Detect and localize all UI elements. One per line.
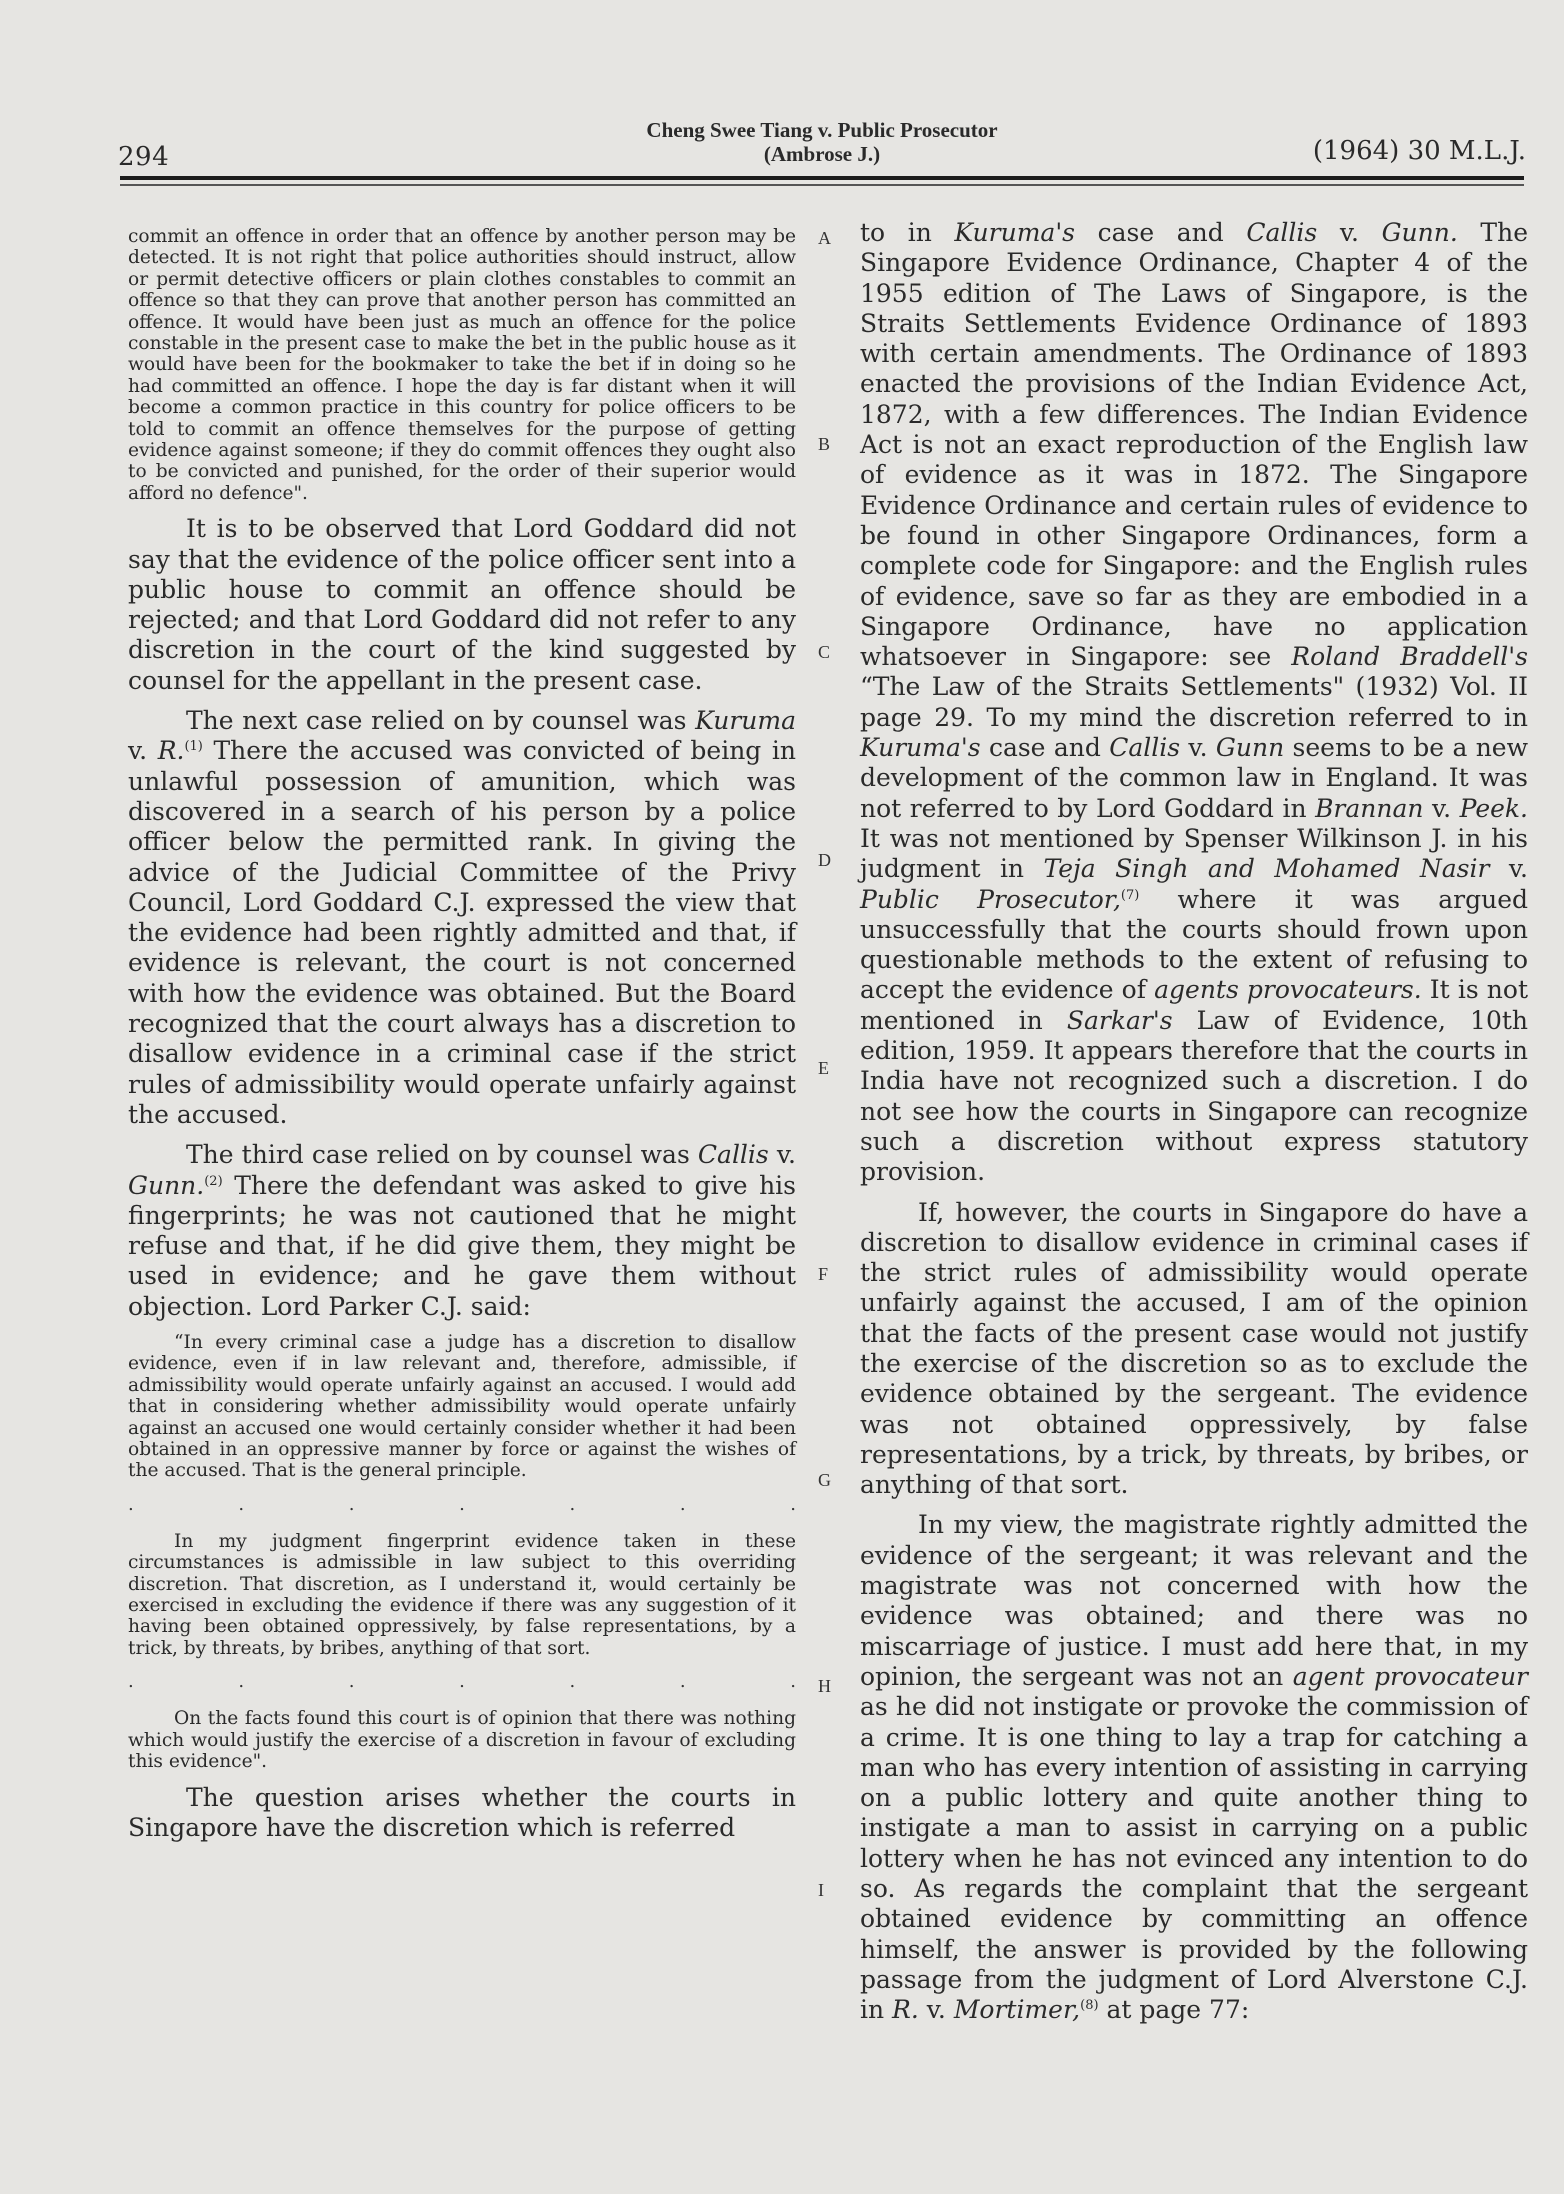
right-column: to in Kuruma's case and Callis v. Gunn. …	[860, 218, 1528, 2026]
margin-letter-c: C	[818, 642, 830, 663]
margin-letter-g: G	[818, 1470, 831, 1491]
quote-continuation: commit an offence in order that an offen…	[128, 226, 796, 504]
header-rule-thin	[120, 184, 1524, 186]
header-rule-thick	[120, 176, 1524, 180]
left-column: commit an offence in order that an offen…	[128, 226, 796, 1843]
block-quote-parker-2: In my judgment fingerprint evidence take…	[128, 1531, 796, 1659]
paragraph-magistrate-view: In my view, the magistrate rightly admit…	[860, 1510, 1528, 2025]
margin-letter-f: F	[818, 1264, 828, 1285]
margin-letter-i: I	[818, 1880, 824, 1901]
case-name: Gunn.	[128, 1171, 204, 1200]
journal-citation: (1964) 30 M.L.J.	[1313, 136, 1526, 166]
paragraph-goddard: It is to be observed that Lord Goddard d…	[128, 514, 796, 696]
margin-letter-a: A	[818, 228, 831, 249]
paragraph-kuruma: The next case relied on by counsel was K…	[128, 706, 796, 1130]
running-header: 294 Cheng Swee Tiang v. Public Prosecuto…	[118, 112, 1526, 182]
case-name: Callis	[698, 1140, 769, 1169]
paragraph-discretion-opinion: If, however, the courts in Singapore do …	[860, 1198, 1528, 1501]
footnote-ref: (2)	[204, 1174, 222, 1189]
footnote-ref: (1)	[184, 739, 202, 754]
paragraph-callis: The third case relied on by counsel was …	[128, 1140, 796, 1322]
case-name: Kuruma	[695, 706, 796, 735]
paragraph-singapore-ordinance: to in Kuruma's case and Callis v. Gunn. …	[860, 218, 1528, 1188]
ellipsis-row: .......	[128, 1671, 796, 1692]
paragraph-question: The question arises whether the courts i…	[128, 1783, 796, 1844]
ellipsis-row: .......	[128, 1494, 796, 1515]
block-quote-parker-1: “In every criminal case a judge has a di…	[128, 1332, 796, 1482]
footnote-ref: (8)	[1080, 1998, 1098, 2013]
margin-letter-d: D	[818, 850, 831, 871]
margin-letter-h: H	[818, 1676, 831, 1697]
margin-letter-b: B	[818, 434, 830, 455]
block-quote-parker-3: On the facts found this court is of opin…	[128, 1708, 796, 1772]
case-name: R.	[158, 736, 185, 765]
margin-letter-e: E	[818, 1058, 829, 1079]
footnote-ref: (7)	[1121, 888, 1139, 903]
